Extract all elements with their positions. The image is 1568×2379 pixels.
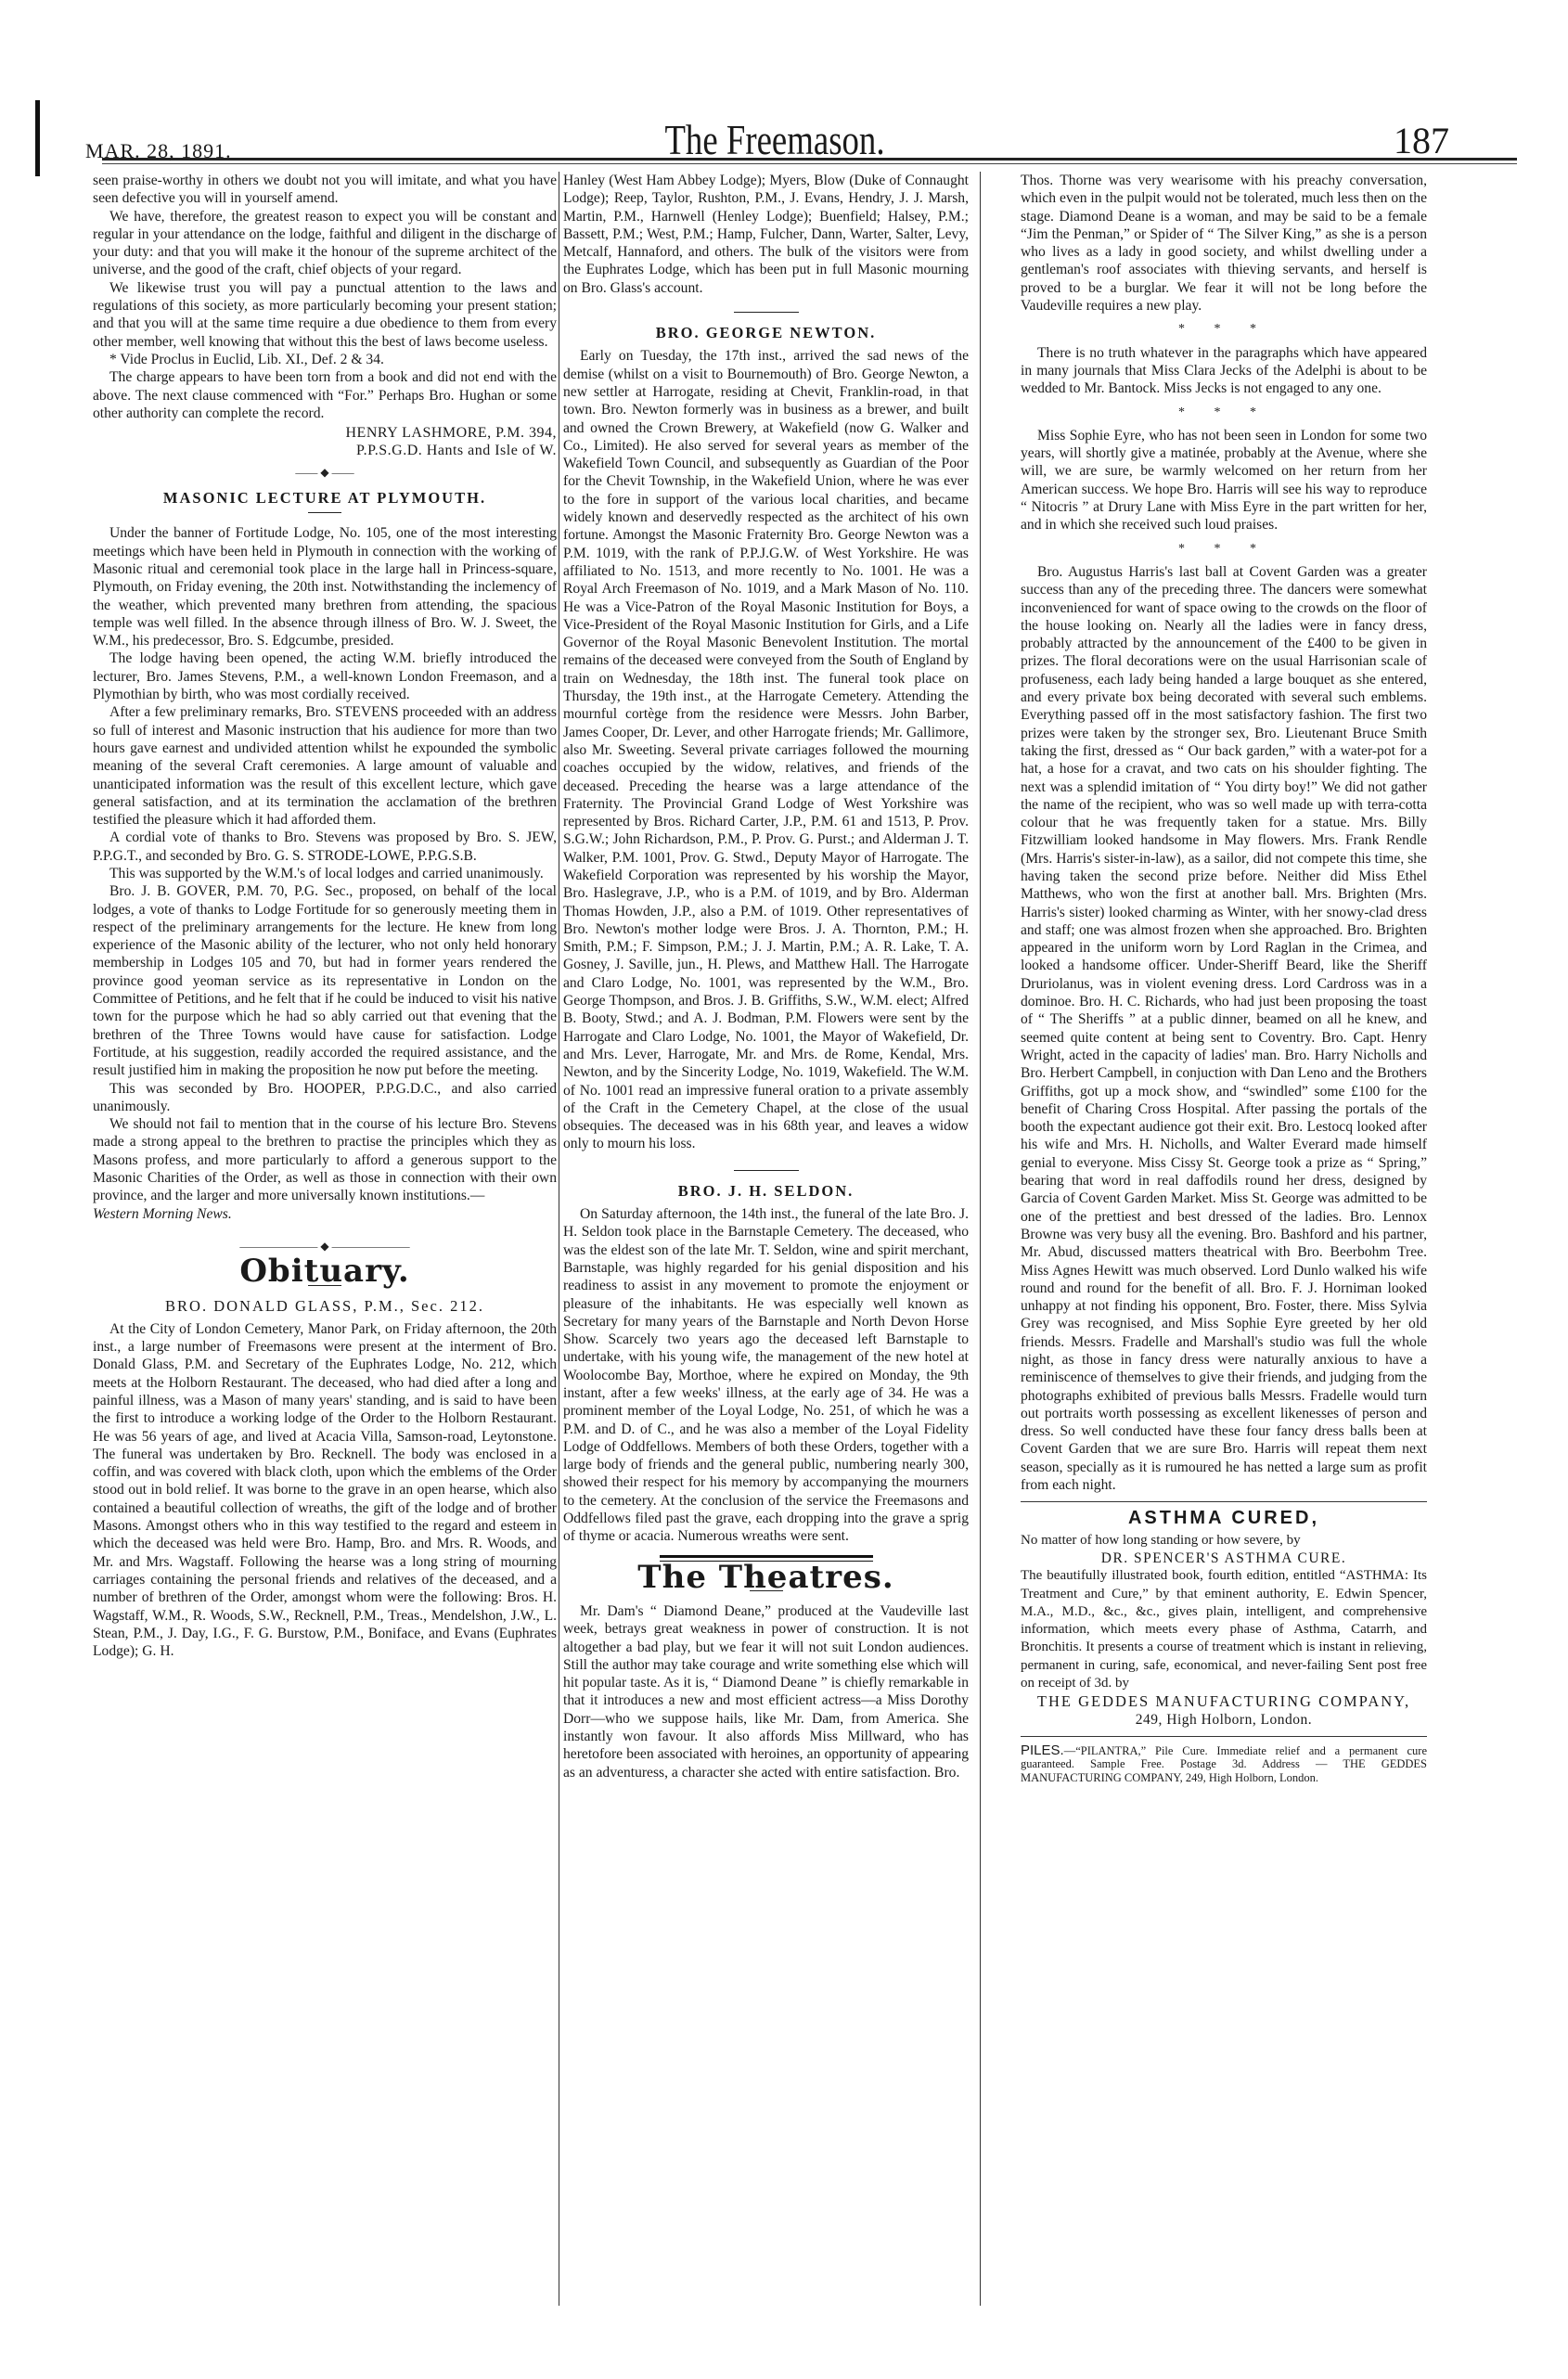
footnote: * Vide Proclus in Euclid, Lib. XI., Def.… — [93, 351, 557, 368]
ad-company: THE GEDDES MANUFACTURING COMPANY, — [1021, 1692, 1427, 1710]
theatres-heading: The Theatres. — [563, 1569, 969, 1587]
seldon-paragraph: On Saturday afternoon, the 14th inst., t… — [563, 1205, 969, 1546]
masthead-rule-thin — [102, 163, 1517, 164]
newton-paragraph: Early on Tuesday, the 17th inst., arrive… — [563, 347, 969, 1152]
ad-line: No matter of how long standing or how se… — [1021, 1532, 1427, 1550]
obituary-paragraph: At the City of London Cemetery, Manor Pa… — [93, 1320, 557, 1661]
asterism-separator: * * * — [1021, 404, 1427, 421]
piles-ad-body: —“PILANTRA,” Pile Cure. Immediate relief… — [1021, 1744, 1427, 1784]
theatre-news-paragraph: There is no truth whatever in the paragr… — [1021, 344, 1427, 398]
theatres-continuation: Thos. Thorne was very wearisome with his… — [1021, 172, 1427, 315]
obituary-heading: Obituary. — [93, 1263, 557, 1280]
signature-title: P.P.S.G.D. Hants and Isle of W. — [93, 442, 557, 459]
lecture-paragraph: We should not fail to mention that in th… — [93, 1115, 557, 1204]
newton-heading: BRO. GEORGE NEWTON. — [563, 324, 969, 341]
column-middle: Hanley (West Ham Abbey Lodge); Myers, Bl… — [563, 172, 969, 1781]
asterism-separator: * * * — [1021, 320, 1427, 338]
theatre-news-paragraph: Bro. Augustus Harris's last ball at Cove… — [1021, 563, 1427, 1494]
lecture-paragraph: The lodge having been opened, the acting… — [93, 649, 557, 703]
piles-ad-head: PILES. — [1021, 1742, 1064, 1758]
diamond-ornament-divider: —— ◆ —— — [93, 464, 557, 482]
source-credit: Western Morning News. — [93, 1205, 557, 1223]
charge-note: The charge appears to have been torn fro… — [93, 368, 557, 422]
lecture-paragraph: A cordial vote of thanks to Bro. Stevens… — [93, 829, 557, 865]
page-number: 187 — [1394, 119, 1449, 162]
column-left: seen praise-worthy in others we doubt no… — [93, 172, 557, 1660]
theatres-paragraph: Mr. Dam's “ Diamond Deane,” produced at … — [563, 1602, 969, 1781]
lecture-paragraph: This was supported by the W.M.'s of loca… — [93, 865, 557, 882]
column-divider — [559, 172, 559, 2306]
advertisement-rule — [1021, 1501, 1427, 1502]
lecture-paragraph: After a few preliminary remarks, Bro. ST… — [93, 703, 557, 829]
lecture-paragraph: This was seconded by Bro. HOOPER, P.P.G.… — [93, 1080, 557, 1116]
column-divider — [980, 172, 981, 2306]
ad-title: ASTHMA CURED, — [1021, 1510, 1427, 1527]
column-right: Thos. Thorne was very wearisome with his… — [1021, 172, 1427, 1784]
masthead-rule — [102, 158, 1517, 161]
obituary-subheading: BRO. DONALD GLASS, P.M., Sec. 212. — [93, 1297, 557, 1315]
heading-rule — [308, 512, 341, 513]
charge-paragraph: We have, therefore, the greatest reason … — [93, 208, 557, 279]
charge-paragraph: We likewise trust you will pay a punctua… — [93, 279, 557, 351]
seldon-heading: BRO. J. H. SELDON. — [563, 1182, 969, 1200]
ad-address: 249, High Holborn, London. — [1021, 1711, 1427, 1729]
section-rule — [734, 312, 799, 313]
theatre-news-paragraph: Miss Sophie Eyre, who has not been seen … — [1021, 427, 1427, 534]
charge-paragraph: seen praise-worthy in others we doubt no… — [93, 172, 557, 208]
advertisement-rule — [1021, 1736, 1427, 1737]
asterism-separator: * * * — [1021, 540, 1427, 558]
lecture-heading: MASONIC LECTURE AT PLYMOUTH. — [93, 489, 557, 507]
asthma-advertisement: ASTHMA CURED, No matter of how long stan… — [1021, 1510, 1427, 1729]
ad-product: DR. SPENCER'S ASTHMA CURE. — [1021, 1550, 1427, 1567]
ad-body: The beautifully illustrated book, fourth… — [1021, 1567, 1427, 1692]
lecture-paragraph: Under the banner of Fortitude Lodge, No.… — [93, 524, 557, 649]
piles-advertisement: PILES.—“PILANTRA,” Pile Cure. Immediate … — [1021, 1744, 1427, 1785]
section-rule — [734, 1170, 799, 1171]
signature-name: HENRY LASHMORE, P.M. 394, — [93, 424, 557, 442]
obituary-continuation: Hanley (West Ham Abbey Lodge); Myers, Bl… — [563, 172, 969, 297]
lecture-paragraph: Bro. J. B. GOVER, P.M. 70, P.G. Sec., pr… — [93, 882, 557, 1079]
